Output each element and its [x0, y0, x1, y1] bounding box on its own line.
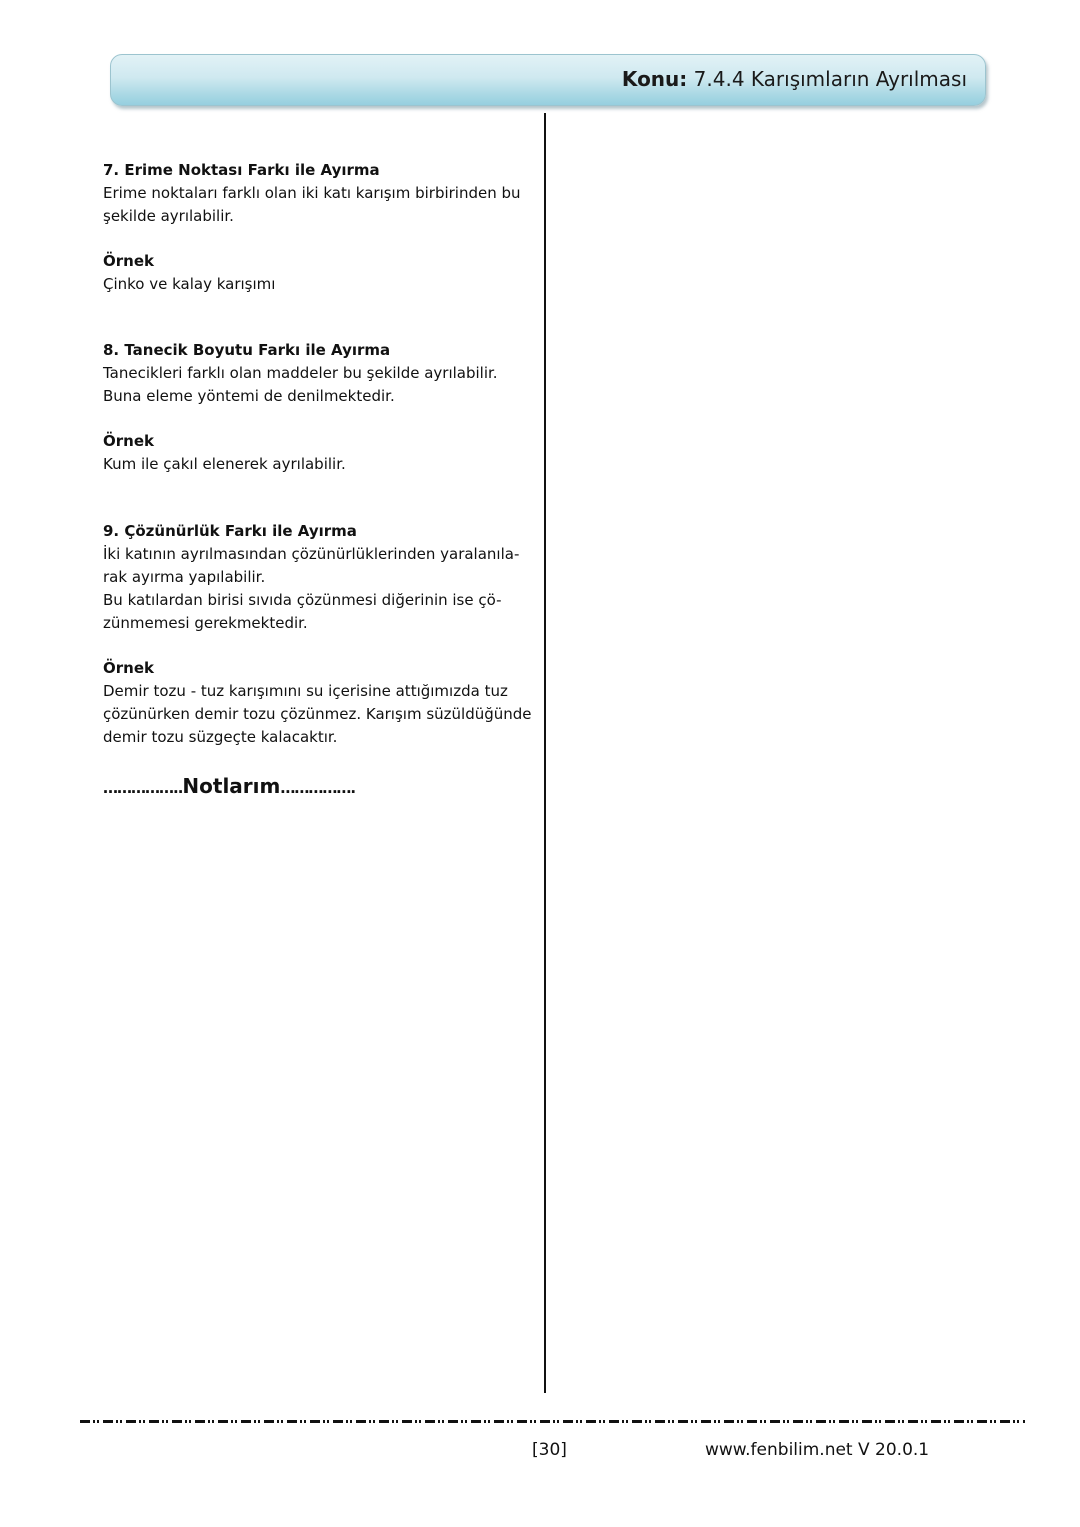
body-line: Buna eleme yöntemi de denilmektedir. — [103, 385, 543, 408]
notes-label: Notlarım — [182, 774, 280, 798]
example-line: Demir tozu - tuz karışımını su içerisine… — [103, 680, 543, 703]
body-line: rak ayırma yapılabilir. — [103, 566, 543, 589]
column-divider — [544, 113, 546, 1393]
body-line: şekilde ayrılabilir. — [103, 205, 543, 228]
topic-header-bar: Konu: 7.4.4 Karışımların Ayrılması — [110, 54, 986, 106]
example-line: çözünürken demir tozu çözünmez. Karışım … — [103, 703, 543, 726]
body-line: Tanecikleri farklı olan maddeler bu şeki… — [103, 362, 543, 385]
section-solubility: 9. Çözünürlük Farkı ile Ayırma İki katın… — [103, 519, 543, 749]
body-line: İki katının ayrılmasından çözünürlükleri… — [103, 543, 543, 566]
footer-dash-dot-rule — [80, 1420, 1025, 1423]
section-melting-point: 7. Erime Noktası Farkı ile Ayırma Erime … — [103, 158, 543, 338]
body-line: Bu katılardan birisi sıvıda çözünmesi di… — [103, 589, 543, 612]
section-particle-size: 8. Tanecik Boyutu Farkı ile Ayırma Tanec… — [103, 338, 543, 519]
page-number: [30] — [532, 1438, 567, 1462]
example-line: Kum ile çakıl elenerek ayrılabilir. — [103, 453, 543, 476]
notes-trailing-dots: ……………. — [280, 779, 355, 797]
footer-site-version: www.fenbilim.net V 20.0.1 — [705, 1438, 929, 1462]
section-title: 8. Tanecik Boyutu Farkı ile Ayırma — [103, 338, 543, 362]
body-line: zünmemesi gerekmektedir. — [103, 612, 543, 635]
notes-heading: ……………..Notlarım……………. — [103, 772, 543, 802]
section-title: 9. Çözünürlük Farkı ile Ayırma — [103, 519, 543, 543]
example-label: Örnek — [103, 430, 543, 453]
example-line: Çinko ve kalay karışımı — [103, 273, 543, 296]
topic-name: 7.4.4 Karışımların Ayrılması — [694, 67, 967, 91]
example-label: Örnek — [103, 250, 543, 273]
example-label: Örnek — [103, 657, 543, 680]
example-line: demir tozu süzgeçte kalacaktır. — [103, 726, 543, 749]
left-column: 7. Erime Noktası Farkı ile Ayırma Erime … — [103, 158, 543, 802]
topic-label: Konu: — [622, 67, 687, 91]
body-line: Erime noktaları farklı olan iki katı kar… — [103, 182, 543, 205]
section-title: 7. Erime Noktası Farkı ile Ayırma — [103, 158, 543, 182]
notes-leading-dots: …………….. — [103, 779, 182, 797]
topic-title: Konu: 7.4.4 Karışımların Ayrılması — [622, 66, 967, 92]
